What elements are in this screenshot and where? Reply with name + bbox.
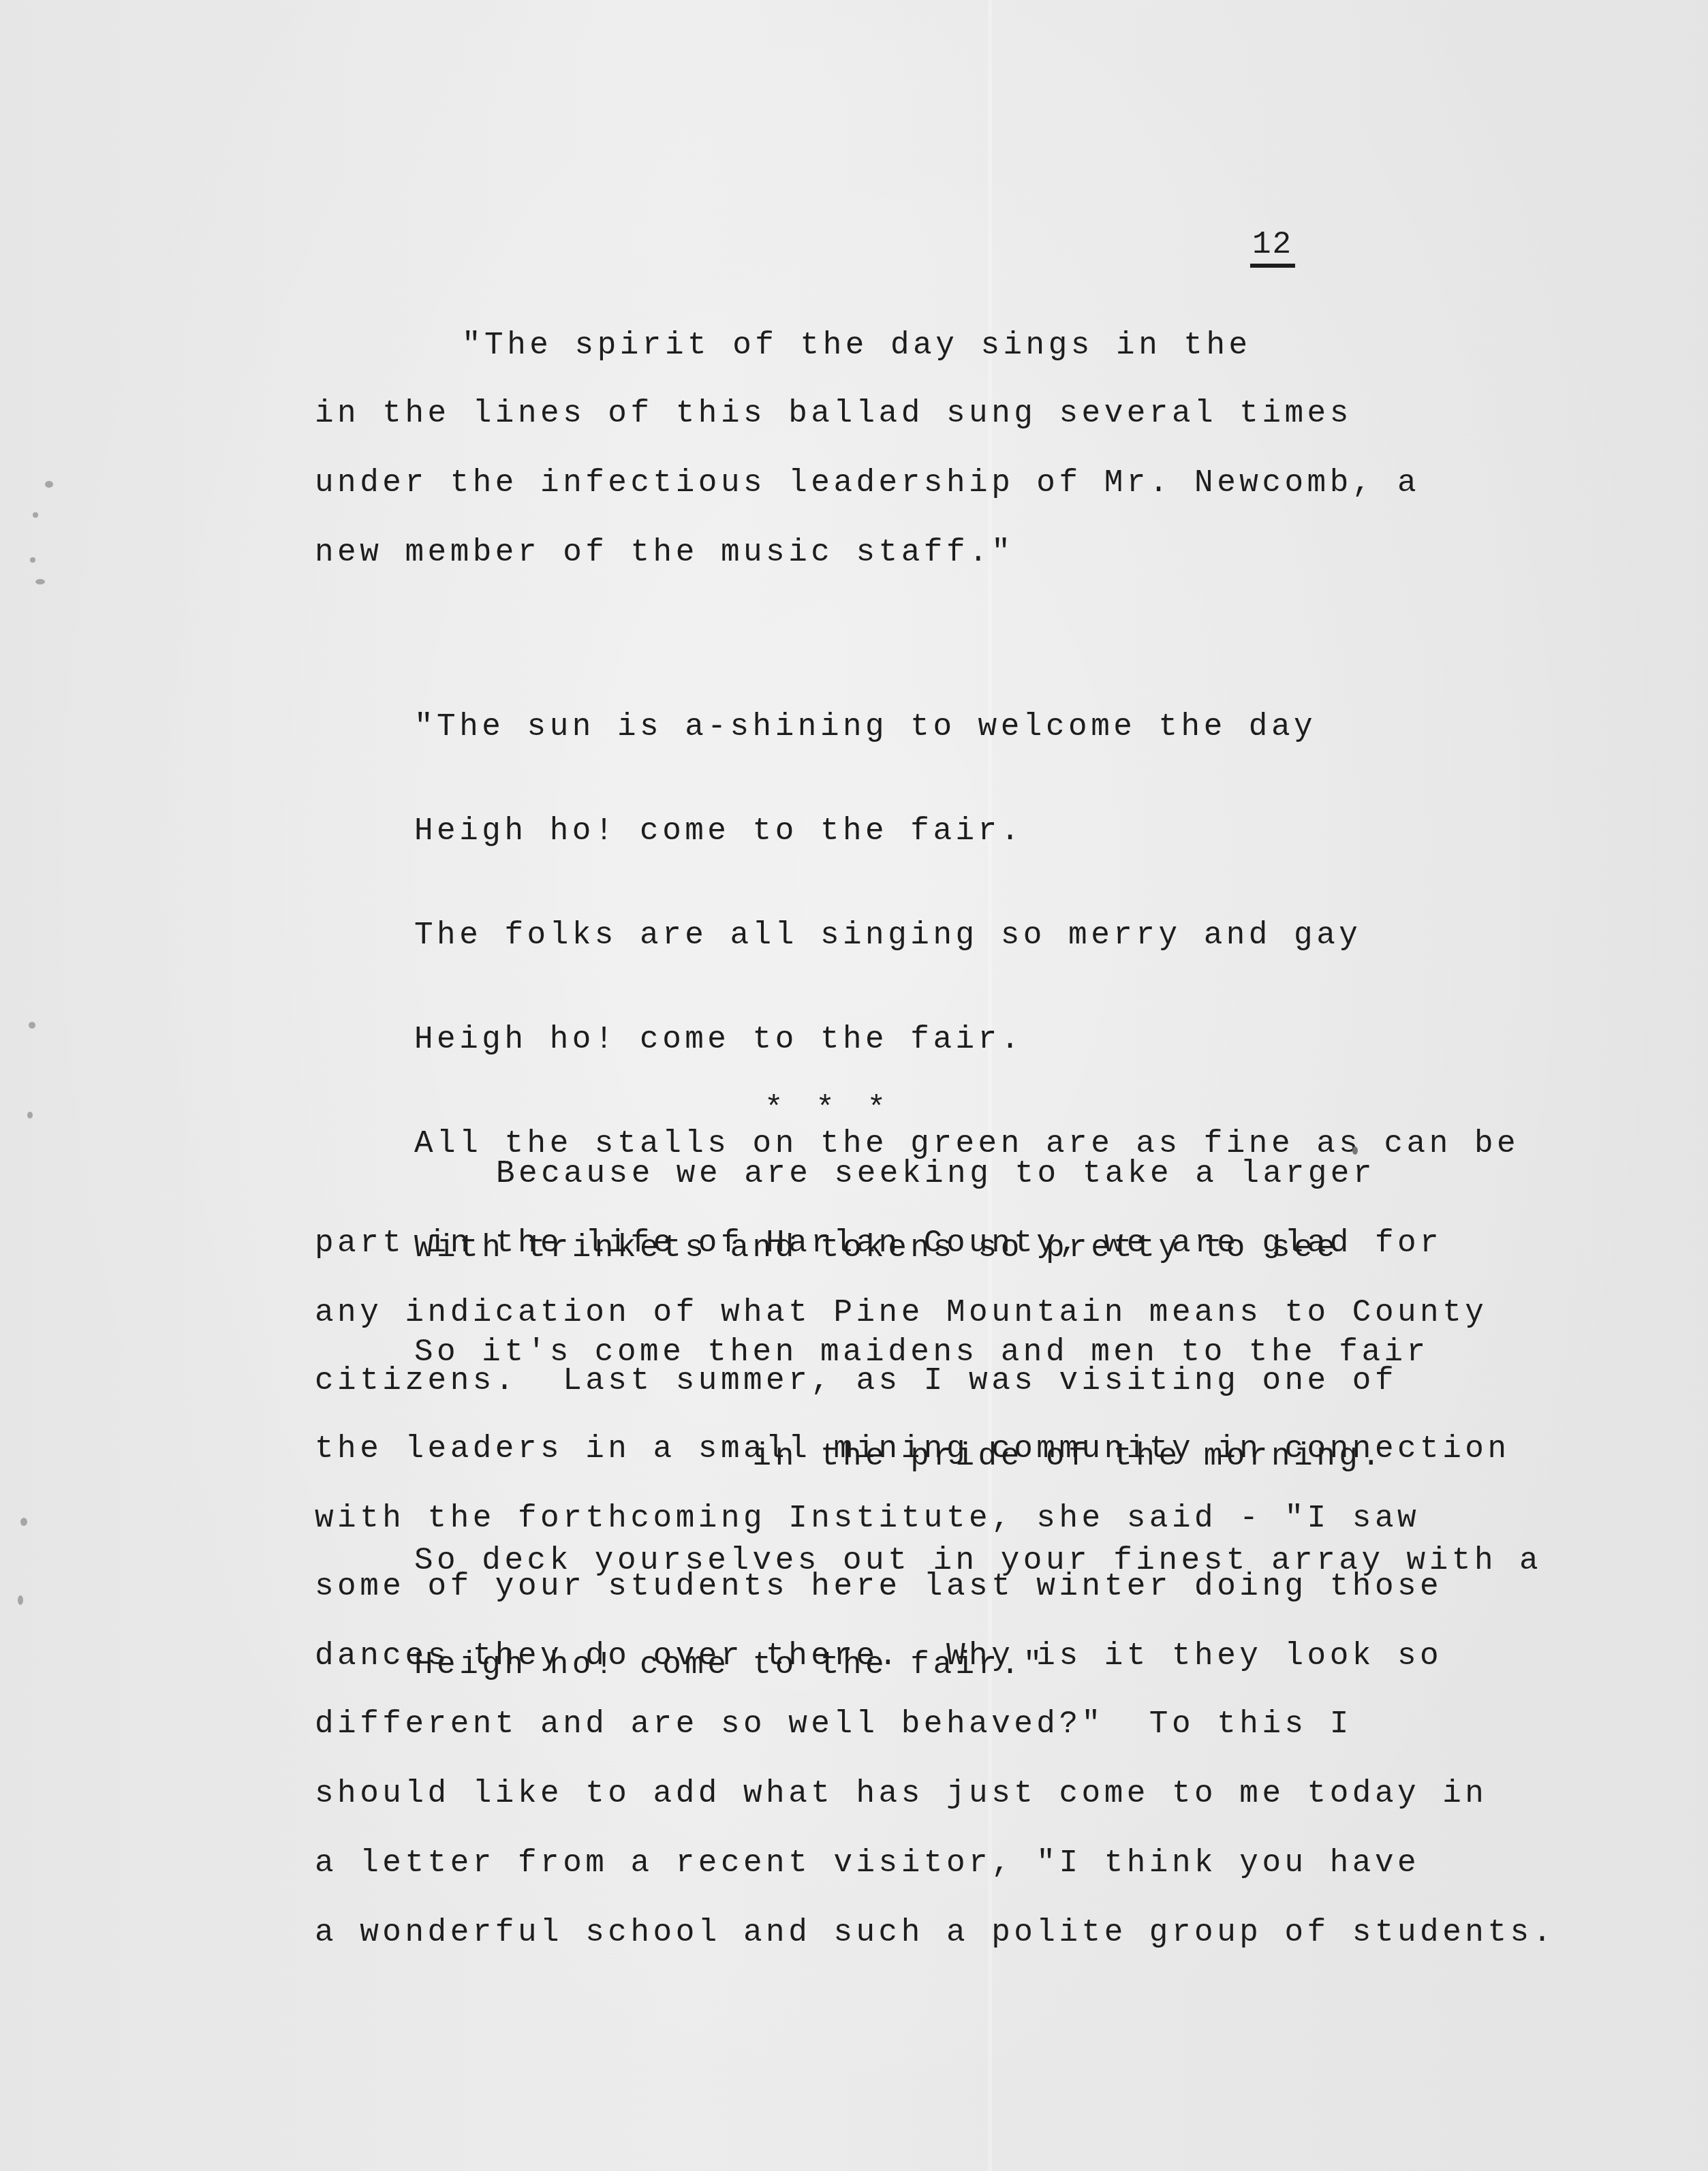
verse-line: Heigh ho! come to the fair. xyxy=(414,814,1542,849)
body-line: the leaders in a small mining community … xyxy=(315,1433,1510,1465)
binding-mark xyxy=(35,579,45,584)
section-separator: * * * xyxy=(764,1091,892,1127)
body-line: any indication of what Pine Mountain mea… xyxy=(315,1297,1487,1328)
body-line: some of your students here last winter d… xyxy=(315,1571,1442,1602)
body-line: dances they do over there. Why is it the… xyxy=(315,1640,1442,1672)
ink-speck xyxy=(1352,1146,1358,1155)
binding-mark xyxy=(30,557,35,563)
body-line: part in the life of Harlan County, we ar… xyxy=(315,1228,1442,1259)
page-number-underline xyxy=(1250,264,1295,268)
intro-line: in the lines of this ballad sung several… xyxy=(315,398,1352,429)
body-line: should like to add what has just come to… xyxy=(315,1778,1487,1809)
intro-line: new member of the music staff." xyxy=(315,537,1014,568)
verse-line: Heigh ho! come to the fair. xyxy=(414,1022,1542,1057)
binding-mark xyxy=(20,1518,27,1526)
intro-line: under the infectious leadership of Mr. N… xyxy=(315,467,1420,499)
binding-mark xyxy=(45,481,53,488)
body-line: different and are so well behaved?" To t… xyxy=(315,1708,1352,1740)
binding-mark xyxy=(27,1112,33,1119)
body-line: Because we are seeking to take a larger xyxy=(496,1158,1376,1189)
body-line: a letter from a recent visitor, "I think… xyxy=(315,1847,1420,1879)
body-line: a wonderful school and such a polite gro… xyxy=(315,1917,1555,1948)
body-line: citizens. Last summer, as I was visiting… xyxy=(315,1365,1397,1396)
verse-line: The folks are all singing so merry and g… xyxy=(414,918,1542,953)
binding-mark xyxy=(29,1022,35,1029)
binding-mark xyxy=(18,1595,23,1605)
binding-mark xyxy=(33,512,38,518)
verse-line: "The sun is a-shining to welcome the day xyxy=(414,710,1542,745)
page-number: 12 xyxy=(1252,229,1292,260)
intro-line: "The spirit of the day sings in the xyxy=(462,330,1252,361)
typewritten-page: 12 "The spirit of the day sings in the i… xyxy=(0,0,1708,2171)
body-line: with the forthcoming Institute, she said… xyxy=(315,1503,1420,1534)
